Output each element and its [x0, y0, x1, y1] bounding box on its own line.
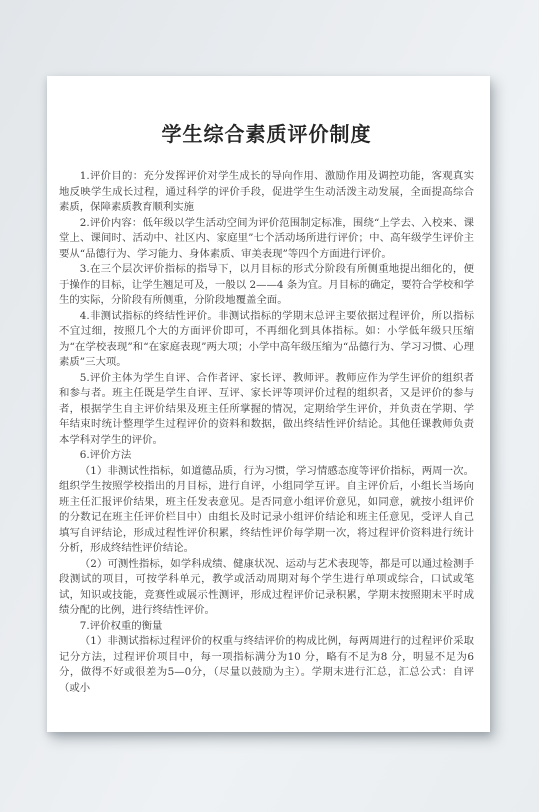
- paragraph-evaluation-content: 2.评价内容：低年级以学生活动空间为评价范围制定标准，围绕“上学去、入校来、课堂…: [59, 216, 474, 263]
- paragraph-monthly-goals: 3.在三个层次评价指标的指导下，以月目标的形式分阶段有所侧重地提出细化的，便于操…: [59, 262, 474, 309]
- document-body: 1.评价目的：充分发挥评价对学生成长的导向作用、激励作用及调控功能，客观真实地反…: [59, 169, 474, 696]
- paragraph-evaluation-subjects: 5.评价主体为学生自评、合作者评、家长评、教师评。教师应作为学生评价的组织者和参…: [59, 371, 474, 449]
- document-title: 学生综合素质评价制度: [59, 120, 474, 148]
- paragraph-evaluation-purpose: 1.评价目的：充分发挥评价对学生成长的导向作用、激励作用及调控功能，客观真实地反…: [59, 169, 474, 216]
- paragraph-non-test-summative: 4.非测试指标的终结性评价。非测试指标的学期末总评主要依据过程评价，所以指标不宜…: [59, 309, 474, 371]
- canvas-background: 学生综合素质评价制度 1.评价目的：充分发挥评价对学生成长的导向作用、激励作用及…: [0, 0, 539, 812]
- paragraph-heading-evaluation-methods: 6.评价方法: [59, 448, 474, 464]
- paragraph-method-non-test: （1）非测试性指标，如道德品质，行为习惯，学习情感态度等评价指标，两周一次。组织…: [59, 464, 474, 557]
- paragraph-method-testable: （2）可测性指标，如学科成绩、健康状况、运动与艺术表现等，都是可以通过检测手段测…: [59, 557, 474, 619]
- paragraph-heading-weight: 7.评价权重的衡量: [59, 619, 474, 635]
- paragraph-weight-scoring: （1）非测试指标过程评价的权重与终结评价的构成比例，每两周进行的过程评价采取记分…: [59, 634, 474, 696]
- document-page: 学生综合素质评价制度 1.评价目的：充分发挥评价对学生成长的导向作用、激励作用及…: [47, 76, 490, 732]
